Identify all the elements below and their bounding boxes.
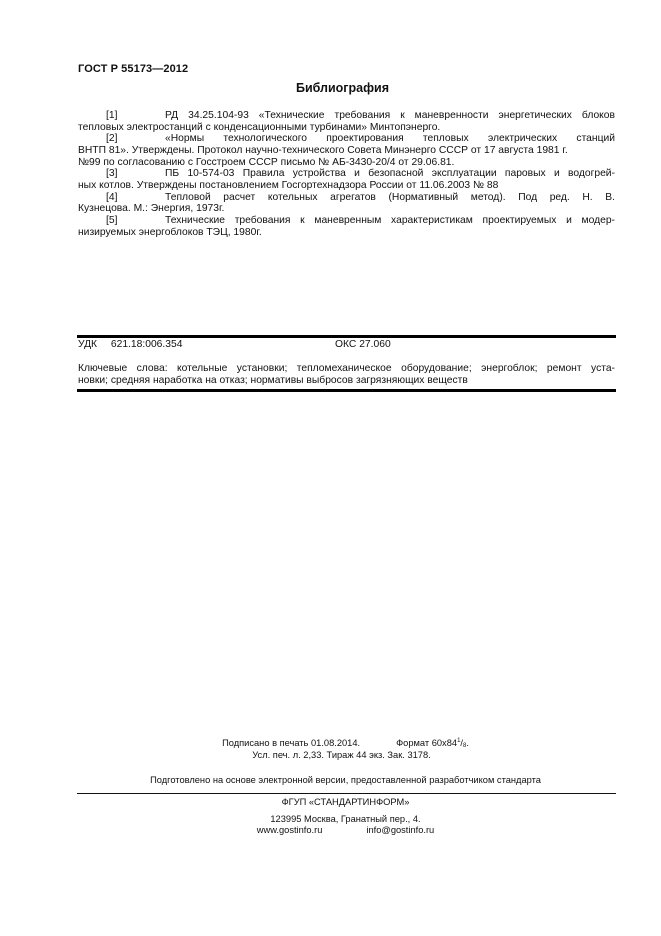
- entry-number: [1]: [78, 110, 165, 122]
- footer-divider: [77, 793, 616, 794]
- entry-text: ПБ 10-574-03 Правила устройства и безопа…: [165, 168, 615, 179]
- email-link[interactable]: info@gostinfo.ru: [366, 825, 434, 835]
- bibliography-list: [1]РД 34.25.104-93 «Технические требован…: [78, 110, 615, 238]
- publisher-contacts: www.gostinfo.ruinfo@gostinfo.ru: [0, 825, 661, 835]
- udk-value: 621.18:006.354: [111, 339, 183, 350]
- entry-continuation: ВНТП 81». Утверждены. Протокол научно-те…: [78, 145, 615, 157]
- standard-id: ГОСТ Р 55173—2012: [78, 63, 188, 75]
- udk-code: УДК 621.18:006.354: [78, 339, 182, 350]
- entry-number: [2]: [78, 133, 165, 145]
- signed-date: Подписано в печать 01.08.2014.: [222, 738, 360, 748]
- divider-top: [77, 335, 616, 338]
- bibliography-entry-3: [3]ПБ 10-574-03 Правила устройства и без…: [78, 168, 615, 191]
- entry-text: Технические требования к маневренным хар…: [165, 215, 615, 226]
- entry-number: [5]: [78, 215, 165, 227]
- publisher-address: 123995 Москва, Гранатный пер., 4.: [0, 814, 661, 824]
- keywords-line-2: новки; средняя наработка на отказ; норма…: [78, 375, 468, 386]
- imprint-signed-line: Подписано в печать 01.08.2014.Формат 60x…: [0, 738, 661, 749]
- entry-continuation: Кузнецова. М.: Энергия, 1973г.: [78, 203, 615, 215]
- oks-code: ОКС 27.060: [335, 339, 391, 350]
- entry-continuation: ных котлов. Утверждены постановлением Го…: [78, 180, 615, 192]
- entry-number: [4]: [78, 192, 165, 204]
- publisher-name: ФГУП «СТАНДАРТИНФОРМ»: [0, 797, 661, 807]
- entry-text: РД 34.25.104-93 «Технические требования …: [165, 110, 615, 121]
- divider-bottom: [77, 389, 616, 392]
- keywords: Ключевые слова: котельные установки; теп…: [78, 363, 615, 386]
- bibliography-entry-5: [5]Технические требования к маневренным …: [78, 215, 615, 238]
- entry-first-line: [4]Тепловой расчет котельных агрегатов (…: [78, 192, 615, 204]
- entry-first-line: [5]Технические требования к маневренным …: [78, 215, 615, 227]
- format: Формат 60x841/8.: [396, 738, 469, 748]
- bibliography-entry-4: [4]Тепловой расчет котельных агрегатов (…: [78, 192, 615, 215]
- entry-first-line: [2]«Нормы технологического проектировани…: [78, 133, 615, 145]
- prepared-note: Подготовлено на основе электронной верси…: [0, 775, 661, 785]
- entry-first-line: [1]РД 34.25.104-93 «Технические требован…: [78, 110, 615, 122]
- keywords-line-1: Ключевые слова: котельные установки; теп…: [78, 363, 615, 375]
- format-sup: 1: [457, 738, 460, 744]
- entry-continuation: низируемых энергоблоков ТЭЦ, 1980г.: [78, 227, 615, 239]
- bibliography-entry-2: [2]«Нормы технологического проектировани…: [78, 133, 615, 168]
- udk-label: УДК: [78, 339, 108, 350]
- entry-text: «Нормы технологического проектирования т…: [165, 133, 615, 144]
- bibliography-entry-1: [1]РД 34.25.104-93 «Технические требован…: [78, 110, 615, 133]
- entry-continuation: тепловых электростанций с конденсационны…: [78, 122, 615, 134]
- format-label: Формат 60x84: [396, 738, 457, 748]
- entry-first-line: [3]ПБ 10-574-03 Правила устройства и без…: [78, 168, 615, 180]
- entry-continuation: №99 по согласованию с Госстроем СССР пис…: [78, 157, 615, 169]
- format-end: .: [466, 738, 469, 748]
- entry-number: [3]: [78, 168, 165, 180]
- print-info: Усл. печ. л. 2,33. Тираж 44 экз. Зак. 31…: [0, 750, 661, 760]
- website-link[interactable]: www.gostinfo.ru: [257, 825, 323, 835]
- entry-text: Тепловой расчет котельных агрегатов (Нор…: [165, 192, 615, 203]
- section-title: Библиография: [0, 81, 661, 95]
